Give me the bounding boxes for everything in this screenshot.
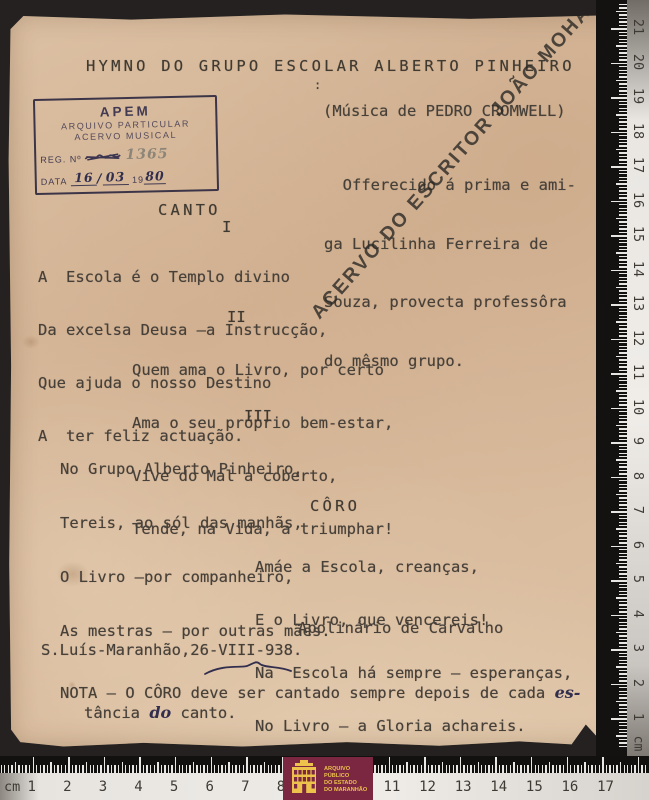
ruler-tick (619, 194, 627, 195)
ruler-number: 5 (170, 779, 178, 795)
ruler-tick (619, 66, 627, 67)
ruler-tick (150, 765, 151, 773)
ruler-tick (620, 762, 621, 774)
ruler-tick (100, 765, 101, 773)
ruler-tick (588, 765, 589, 773)
ruler-tick (616, 11, 628, 12)
ruler-tick (33, 757, 34, 773)
ruler-tick (257, 765, 258, 773)
logo-text-line: PÚBLICO (324, 772, 350, 779)
ruler-tick (619, 646, 627, 647)
ruler-tick (250, 765, 251, 773)
ruler-tick (619, 387, 627, 388)
ruler-tick (619, 432, 627, 433)
ruler-tick (413, 765, 414, 773)
handwritten-brace (201, 658, 296, 678)
ruler-tick (619, 204, 627, 205)
ruler-tick (619, 49, 627, 50)
ruler-tick (90, 765, 91, 773)
ruler-tick (499, 765, 500, 773)
ruler-tick (616, 563, 628, 564)
ruler-tick (143, 765, 144, 773)
ruler-tick (619, 90, 627, 91)
ruler-tick (421, 765, 422, 773)
ruler-tick (619, 325, 627, 326)
ruler-tick (611, 408, 627, 409)
ruler-tick (619, 397, 627, 398)
ruler-tick (619, 266, 627, 267)
ruler-tick (619, 553, 627, 554)
ruler-tick (616, 425, 628, 426)
ruler-tick (619, 342, 627, 343)
ruler-tick (619, 190, 627, 191)
ruler-tick (619, 601, 627, 602)
ruler-tick (619, 449, 627, 450)
ruler-tick (619, 156, 627, 157)
ruler-tick (619, 328, 627, 329)
ruler-tick (619, 439, 627, 440)
title-colon-mark: : (314, 77, 321, 95)
ruler-tick (619, 39, 627, 40)
ruler-tick (616, 45, 628, 46)
ruler-tick (619, 497, 627, 498)
ruler-tick (82, 765, 83, 773)
ruler-tick (488, 765, 489, 773)
ruler-tick (424, 757, 425, 773)
ruler-tick (399, 765, 400, 773)
ruler-tick (619, 18, 627, 19)
ruler-tick (616, 597, 628, 598)
ruler-tick (619, 466, 627, 467)
vertical-ruler-unit: cm (631, 734, 646, 754)
ruler-number: 12 (419, 779, 436, 795)
ruler-number: 13 (455, 779, 472, 795)
ruler-tick (619, 539, 627, 540)
ruler-tick (520, 765, 521, 773)
ruler-tick (619, 642, 627, 643)
ruler-tick (611, 718, 627, 719)
reg-label: REG. Nº (40, 154, 82, 165)
ruler-tick (619, 59, 627, 60)
ruler-tick (470, 765, 471, 773)
ruler-tick (481, 765, 482, 773)
ruler-tick (595, 765, 596, 773)
ruler-tick (417, 765, 418, 773)
verse-line: Amáe a Escola, creanças, (255, 559, 572, 577)
horizontal-ruler-unit: cm (4, 779, 20, 795)
vertical-ruler: cm 123456789101112131415161718192021 (596, 0, 649, 756)
ruler-tick (609, 765, 610, 773)
ruler-number: 6 (630, 535, 646, 555)
ruler-tick (619, 611, 627, 612)
ruler-number: 1 (630, 707, 646, 727)
ruler-tick (611, 580, 627, 581)
ruler-tick (139, 757, 140, 773)
ruler-tick (114, 765, 115, 773)
ruler-tick (619, 487, 627, 488)
ruler-tick (619, 394, 627, 395)
ruler-tick (619, 311, 627, 312)
ruler-tick (65, 765, 66, 773)
ruler-tick (619, 639, 627, 640)
ruler-tick (619, 32, 627, 33)
ruler-tick (446, 765, 447, 773)
nota-typed-text: canto. (171, 704, 236, 722)
ruler-tick (619, 125, 627, 126)
ruler-tick (619, 618, 627, 619)
ruler-number: 2 (63, 779, 71, 795)
ruler-tick (75, 765, 76, 773)
ruler-tick (619, 591, 627, 592)
ruler-tick (645, 765, 646, 773)
ruler-tick (619, 35, 627, 36)
ruler-tick (619, 691, 627, 692)
ruler-tick (129, 765, 130, 773)
ruler-number: 8 (630, 466, 646, 486)
ruler-number: 14 (490, 779, 507, 795)
ruler-tick (616, 218, 628, 219)
ruler-tick (104, 757, 105, 773)
verse-line: Quem ama o Livro, por certo (132, 362, 393, 380)
ruler-tick (619, 584, 627, 585)
ruler-tick (619, 42, 627, 43)
ruler-tick (193, 762, 194, 774)
ruler-tick (619, 163, 627, 164)
ruler-tick (1, 765, 2, 773)
ruler-tick (619, 290, 627, 291)
ruler-tick (524, 765, 525, 773)
ruler-tick (563, 765, 564, 773)
ruler-tick (442, 762, 443, 774)
ruler-tick (611, 373, 627, 374)
ruler-tick (268, 765, 269, 773)
date-year-hand: 80 (144, 168, 166, 184)
ruler-tick (492, 765, 493, 773)
verse-line: No Grupo Alberto Pinheiro, (60, 460, 331, 478)
ruler-tick (47, 765, 48, 773)
ruler-tick (164, 765, 165, 773)
ruler-tick (619, 52, 627, 53)
ruler-tick (616, 701, 628, 702)
ruler-tick (57, 765, 58, 773)
ruler-tick (11, 765, 12, 773)
ruler-tick (619, 76, 627, 77)
ruler-tick (619, 608, 627, 609)
ruler-tick (619, 704, 627, 705)
ruler-tick (611, 615, 627, 616)
ruler-tick (40, 765, 41, 773)
ruler-tick (107, 765, 108, 773)
ruler-tick (264, 762, 265, 774)
ruler-tick (619, 725, 627, 726)
ruler-tick (619, 366, 627, 367)
nota-line-2: tância do canto. (84, 704, 237, 723)
ruler-tick (428, 765, 429, 773)
ruler-tick (175, 757, 176, 773)
ruler-tick (619, 628, 627, 629)
date-year-printed: 19 (132, 175, 144, 185)
ruler-tick (43, 765, 44, 773)
ruler-tick (611, 442, 627, 443)
ruler-tick (619, 159, 627, 160)
ruler-tick (22, 765, 23, 773)
ruler-tick (619, 435, 627, 436)
ruler-number: 6 (206, 779, 214, 795)
ruler-tick (577, 765, 578, 773)
ruler-tick (619, 256, 627, 257)
ruler-number: 2 (630, 673, 646, 693)
ruler-tick (619, 7, 627, 8)
ruler-tick (619, 318, 627, 319)
ruler-tick (389, 757, 390, 773)
ruler-tick (619, 594, 627, 595)
place-date: S.Luís-Maranhão,26-VIII-938. (41, 642, 302, 660)
ruler-tick (535, 765, 536, 773)
ruler-tick (619, 532, 627, 533)
ruler-tick (619, 411, 627, 412)
ruler-tick (86, 762, 87, 774)
ruler-tick (203, 765, 204, 773)
ruler-tick (619, 604, 627, 605)
ruler-tick (171, 765, 172, 773)
ruler-tick (570, 765, 571, 773)
ruler-tick (271, 765, 272, 773)
ruler-tick (611, 63, 627, 64)
ruler-number: 5 (630, 569, 646, 589)
ruler-tick (619, 239, 627, 240)
ruler-tick (495, 757, 496, 773)
ruler-tick (619, 145, 627, 146)
ruler-tick (619, 139, 627, 140)
ruler-tick (619, 87, 627, 88)
ruler-tick (93, 765, 94, 773)
ruler-tick (619, 635, 627, 636)
ruler-tick (611, 477, 627, 478)
ruler-tick (431, 765, 432, 773)
ruler-tick (616, 459, 628, 460)
ruler-tick (506, 765, 507, 773)
ruler-tick (619, 663, 627, 664)
ruler-tick (8, 765, 9, 773)
ruler-tick (619, 732, 627, 733)
ruler-tick (619, 283, 627, 284)
ruler-number: 14 (630, 259, 646, 279)
ruler-tick (619, 280, 627, 281)
ruler-tick (619, 94, 627, 95)
ruler-tick (624, 765, 625, 773)
ruler-tick (168, 765, 169, 773)
ruler-tick (619, 135, 627, 136)
ruler-tick (200, 765, 201, 773)
ruler-number: 17 (597, 779, 614, 795)
ruler-tick (619, 56, 627, 57)
ruler-tick (619, 415, 627, 416)
ruler-tick (619, 301, 627, 302)
logo-text-line: ARQUIVO (324, 766, 351, 772)
stanza-numeral-2: II (227, 309, 246, 327)
ruler-number: 13 (630, 293, 646, 313)
ruler-tick (611, 201, 627, 202)
ruler-tick (619, 349, 627, 350)
ruler-tick (616, 287, 628, 288)
ruler-tick (619, 294, 627, 295)
ruler-tick (619, 104, 627, 105)
ruler-tick (641, 765, 642, 773)
ruler-tick (616, 765, 617, 773)
ruler-tick (4, 765, 5, 773)
ruler-tick (517, 765, 518, 773)
ruler-tick (228, 762, 229, 774)
ruler-number: 18 (630, 121, 646, 141)
ruler-tick (619, 525, 627, 526)
ruler-tick (122, 762, 123, 774)
ruler-tick (460, 757, 461, 773)
ruler-tick (619, 508, 627, 509)
dedication-line: Souza, provecta professôra (324, 293, 576, 313)
ruler-tick (410, 765, 411, 773)
ruler-tick (132, 765, 133, 773)
ruler-tick (619, 128, 627, 129)
ruler-tick (243, 765, 244, 773)
ruler-tick (619, 401, 627, 402)
ruler-tick (619, 729, 627, 730)
ruler-tick (619, 14, 627, 15)
ruler-tick (611, 166, 627, 167)
ruler-tick (186, 765, 187, 773)
ruler-tick (611, 649, 627, 650)
ruler-tick (146, 765, 147, 773)
ruler-tick (619, 118, 627, 119)
ruler-tick (68, 757, 69, 773)
ruler-tick (619, 173, 627, 174)
ruler-tick (619, 208, 627, 209)
ruler-number: 1 (28, 779, 36, 795)
ruler-tick (36, 765, 37, 773)
stanza-numeral-3: III (244, 408, 272, 426)
ruler-tick (207, 765, 208, 773)
ruler-tick (619, 746, 627, 747)
ruler-tick (611, 28, 627, 29)
ruler-tick (619, 470, 627, 471)
nota-typed-text: tância (84, 704, 149, 722)
ruler-tick (552, 765, 553, 773)
verse-line: A Escola é o Templo divino (38, 269, 327, 287)
ruler-tick (616, 252, 628, 253)
ruler-tick (619, 577, 627, 578)
ruler-tick (619, 708, 627, 709)
ruler-tick (619, 722, 627, 723)
ruler-tick (619, 535, 627, 536)
ruler-tick (619, 694, 627, 695)
ruler-tick (619, 711, 627, 712)
ruler-tick (179, 765, 180, 773)
ruler-tick (619, 308, 627, 309)
ruler-tick (374, 765, 375, 773)
ruler-tick (619, 384, 627, 385)
ruler-tick (616, 149, 628, 150)
ruler-tick (619, 332, 627, 333)
ruler-tick (485, 765, 486, 773)
ruler-tick (616, 80, 628, 81)
ruler-tick (619, 518, 627, 519)
ruler-tick (619, 70, 627, 71)
ruler-tick (619, 4, 627, 5)
ruler-tick (619, 21, 627, 22)
logo-text-line: DO ESTADO (324, 780, 357, 786)
ruler-tick (619, 501, 627, 502)
ruler-tick (79, 765, 80, 773)
scratched-number (83, 150, 123, 164)
ruler-tick (396, 765, 397, 773)
ruler-tick (619, 559, 627, 560)
ruler-tick (619, 480, 627, 481)
ruler-tick (619, 380, 627, 381)
ruler-tick (456, 765, 457, 773)
date-day: 16 (71, 170, 97, 187)
ruler-tick (619, 570, 627, 571)
ruler-tick (559, 765, 560, 773)
ruler-tick (606, 765, 607, 773)
ruler-tick (619, 522, 627, 523)
ruler-tick (619, 421, 627, 422)
ruler-tick (556, 765, 557, 773)
ruler-tick (619, 346, 627, 347)
ruler-tick (619, 549, 627, 550)
ruler-tick (50, 762, 51, 774)
ruler-tick (157, 762, 158, 774)
ruler-tick (619, 315, 627, 316)
ruler-tick (616, 528, 628, 529)
ruler-tick (619, 142, 627, 143)
ruler-tick (616, 356, 628, 357)
ruler-tick (619, 83, 627, 84)
logo-text-line: DO MARANHÃO (324, 786, 368, 793)
ruler-number: 16 (562, 779, 579, 795)
ruler-tick (260, 765, 261, 773)
ruler-tick (619, 404, 627, 405)
ruler-tick (196, 765, 197, 773)
ruler-tick (616, 735, 628, 736)
ruler-tick (619, 453, 627, 454)
ruler-tick (385, 765, 386, 773)
ruler-tick (616, 114, 628, 115)
ruler-tick (619, 370, 627, 371)
ruler-tick (29, 765, 30, 773)
ruler-tick (619, 490, 627, 491)
ruler-tick (599, 765, 600, 773)
ruler-tick (619, 542, 627, 543)
ruler-number: 4 (630, 604, 646, 624)
ruler-tick (634, 765, 635, 773)
ruler-tick (619, 273, 627, 274)
ruler-number: 7 (241, 779, 249, 795)
ruler-tick (619, 170, 627, 171)
ruler-tick (619, 211, 627, 212)
ruler-tick (136, 765, 137, 773)
ruler-number: 7 (630, 500, 646, 520)
nota-typed-text: NOTA — O CÔRO deve ser cantado sempre de… (60, 684, 555, 702)
ruler-tick (619, 246, 627, 247)
ruler-number: 4 (134, 779, 142, 795)
ruler-tick (406, 762, 407, 774)
ruler-tick (438, 765, 439, 773)
ruler-tick (619, 556, 627, 557)
ruler-tick (611, 339, 627, 340)
ruler-tick (478, 762, 479, 774)
page-title: HYMNO DO GRUPO ESCOLAR ALBERTO PINHEIRO (86, 58, 575, 76)
ruler-tick (453, 765, 454, 773)
ruler-tick (97, 765, 98, 773)
